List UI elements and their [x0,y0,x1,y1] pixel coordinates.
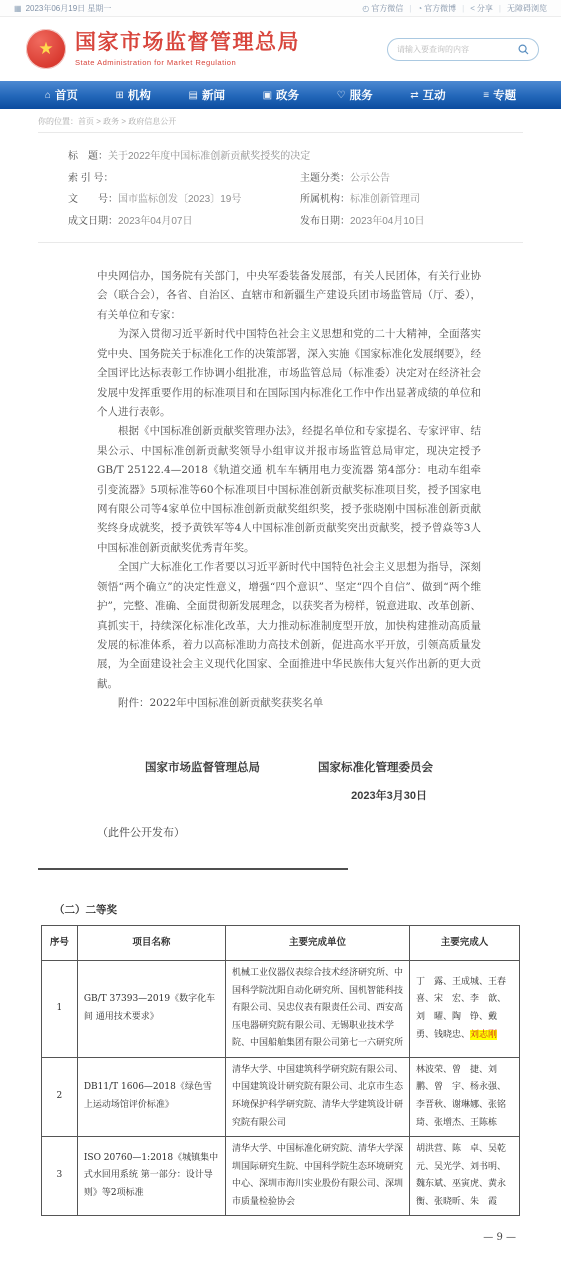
weibo-link[interactable]: ◔ 官方微博 [417,3,456,14]
award-table: 序号 项目名称 主要完成单位 主要完成人 1 GB/T 37393—2019《数… [41,925,520,1217]
org-icon: ⊞ [115,90,123,101]
nav-item-special[interactable]: ≡ 专题 [483,87,516,103]
national-emblem-icon: ★ [26,29,66,69]
wechat-link[interactable]: ◴ 官方微信 [362,3,403,14]
people-names: 林波荣、曾 捷、刘 鹏、曾 宇、杨永强、李晋秋、谢琳娜、张铭琦、张增杰、王陈栋 [416,1065,506,1128]
cell-project: GB/T 37393—2019《数字化车间 通用技术要求》 [77,961,225,1058]
meta-category: 主题分类：公示公告 [300,168,521,190]
search-input[interactable] [397,45,513,54]
meta-agency-label: 所属机构： [300,194,350,205]
cell-project: ISO 20760—1:2018《城镇集中式水回用系统 第一部分：设计导则》等2… [77,1137,225,1216]
col-header-people: 主要完成人 [410,925,520,961]
nav-item-interact[interactable]: ⇄ 互动 [410,87,445,103]
meta-title-label: 标 题： [68,151,108,162]
doc-paragraph: 中央网信办，国务院有关部门，中央军委装备发展部，有关人民团体，有关行业协会（联合… [97,267,481,325]
col-header-no: 序号 [42,925,78,961]
signature-date: 2023年3月30日 [97,786,481,806]
public-release-note: （此件公开发布） [97,823,481,843]
top-utility-bar: ▦ 2023年06月19日 星期一 ◴ 官方微信 | ◔ 官方微博 | < 分享… [0,0,561,17]
section-divider-line [38,868,348,870]
meta-written-value: 2023年04月07日 [118,216,193,227]
meta-title-row: 标 题：关于2022年度中国标准创新贡献奖授奖的决定 [68,146,521,168]
signer-right: 国家标准化管理委员会 [318,758,433,779]
attachment-line: 附件：2022年中国标准创新贡献奖获奖名单 [97,694,481,713]
col-header-units: 主要完成单位 [226,925,410,961]
current-date: 2023年06月19日 星期一 [26,3,112,14]
meta-category-label: 主题分类： [300,173,350,184]
main-nav: ⌂ 首页 ⊞ 机构 ▤ 新闻 ▣ 政务 ♡ 服务 ⇄ 互动 ≡ 专题 [0,81,561,109]
doc-body: 中央网信办，国务院有关部门，中央军委装备发展部，有关人民团体，有关行业协会（联合… [0,243,561,844]
site-header: ★ 国家市场监督管理总局 State Administration for Ma… [0,17,561,81]
cell-no: 3 [42,1137,78,1216]
highlighted-name: 刘志刚 [470,1030,497,1040]
divider: | [462,4,464,13]
page-number: — 9 — [41,1232,520,1243]
nav-item-org[interactable]: ⊞ 机构 [115,87,150,103]
breadcrumb[interactable]: 你的位置：首页 > 政务 > 政府信息公开 [0,109,561,132]
nav-item-label: 新闻 [202,87,225,103]
divider: | [499,4,501,13]
meta-published-value: 2023年04月10日 [350,216,425,227]
table-row: 3 ISO 20760—1:2018《城镇集中式水回用系统 第一部分：设计导则》… [42,1137,520,1216]
search-box[interactable] [387,38,539,61]
doc-paragraph: 为深入贯彻习近平新时代中国特色社会主义思想和党的二十大精神，全面落实党中央、国务… [97,325,481,422]
heart-icon: ♡ [337,90,346,101]
table-row: 1 GB/T 37393—2019《数字化车间 通用技术要求》 机械工业仪器仪表… [42,961,520,1058]
divider: | [409,4,411,13]
award-section-title: （二）二等奖 [54,902,520,917]
doc-paragraph: 根据《中国标准创新贡献奖管理办法》，经提名单位和专家提名、专家评审、结果公示、中… [97,422,481,558]
site-title: 国家市场监督管理总局 [75,31,300,54]
share-icon: < [470,4,475,13]
cell-people: 胡洪营、陈 卓、吴乾元、吴光学、刘书明、魏东斌、巫寅虎、黄永衡、张晓昕、朱 霞 [410,1137,520,1216]
share-link[interactable]: < 分享 [470,3,493,14]
nav-item-news[interactable]: ▤ 新闻 [189,87,225,103]
meta-published-date: 发布日期：2023年04月10日 [300,211,521,233]
home-icon: ⌂ [45,90,51,101]
nav-item-home[interactable]: ⌂ 首页 [45,87,78,103]
nav-item-label: 首页 [55,87,78,103]
nav-item-label: 服务 [350,87,373,103]
cell-people: 丁 露、王成城、王春喜、宋 宏、李 歆、刘 曜、陶 铮、戴 勇、钱晓忠、刘志刚 [410,961,520,1058]
search-icon[interactable] [518,44,529,55]
cell-no: 2 [42,1057,78,1136]
news-icon: ▤ [189,90,198,101]
cell-people: 林波荣、曾 捷、刘 鹏、曾 宇、杨永强、李晋秋、谢琳娜、张铭琦、张增杰、王陈栋 [410,1057,520,1136]
award-table-section: （二）二等奖 序号 项目名称 主要完成单位 主要完成人 1 GB/T 37393… [0,902,561,1244]
cell-units: 机械工业仪器仪表综合技术经济研究所、中国科学院沈阳自动化研究所、国机智能科技有限… [226,961,410,1058]
date-display: ▦ 2023年06月19日 星期一 [14,3,111,14]
meta-agency: 所属机构：标准创新管理司 [300,189,521,211]
table-header-row: 序号 项目名称 主要完成单位 主要完成人 [42,925,520,961]
cell-units: 清华大学、中国标准化研究院、清华大学深圳国际研究生院、中国科学院生态环境研究中心… [226,1137,410,1216]
site-title-en: State Administration for Market Regulati… [75,58,300,67]
nav-item-label: 机构 [128,87,151,103]
share-link-label: 分享 [477,3,493,14]
signature-row: 国家市场监督管理总局 国家标准化管理委员会 [97,758,481,779]
nav-item-gov[interactable]: ▣ 政务 [263,87,299,103]
logo-text: 国家市场监督管理总局 State Administration for Mark… [75,31,300,66]
nav-item-service[interactable]: ♡ 服务 [337,87,373,103]
calendar-icon: ▦ [14,4,22,13]
top-links: ◴ 官方微信 | ◔ 官方微博 | < 分享 | 无障碍浏览 [362,3,547,14]
cell-no: 1 [42,961,78,1058]
weibo-icon: ◔ [417,4,422,13]
meta-grid: 索 引 号： 主题分类：公示公告 文 号：国市监标创发〔2023〕19号 所属机… [68,168,521,233]
meta-docno-value: 国市监标创发〔2023〕19号 [118,194,241,205]
meta-index: 索 引 号： [68,168,300,190]
doc-meta: 标 题：关于2022年度中国标准创新贡献奖授奖的决定 索 引 号： 主题分类：公… [0,133,561,242]
samr-logo[interactable]: ★ 国家市场监督管理总局 State Administration for Ma… [26,29,300,69]
page: ▦ 2023年06月19日 星期一 ◴ 官方微信 | ◔ 官方微博 | < 分享… [0,0,561,1268]
signer-left: 国家市场监督管理总局 [145,758,260,779]
nav-item-label: 专题 [493,87,516,103]
meta-agency-value: 标准创新管理司 [350,194,420,205]
people-names: 胡洪营、陈 卓、吴乾元、吴光学、刘书明、魏东斌、巫寅虎、黄永衡、张晓昕、朱 霞 [416,1144,506,1207]
weibo-link-label: 官方微博 [424,3,456,14]
meta-written-label: 成文日期： [68,216,118,227]
accessibility-link[interactable]: 无障碍浏览 [507,3,547,14]
wechat-icon: ◴ [362,4,369,13]
nav-item-label: 政务 [276,87,299,103]
interact-arrows-icon: ⇄ [410,90,418,101]
meta-index-label: 索 引 号： [68,173,114,184]
gov-affairs-icon: ▣ [263,90,272,101]
meta-published-label: 发布日期： [300,216,350,227]
col-header-project: 项目名称 [77,925,225,961]
doc-title: 关于2022年度中国标准创新贡献奖授奖的决定 [108,151,310,162]
cell-project: DB11/T 1606—2018《绿色雪上运动场馆评价标准》 [77,1057,225,1136]
table-row: 2 DB11/T 1606—2018《绿色雪上运动场馆评价标准》 清华大学、中国… [42,1057,520,1136]
meta-docno: 文 号：国市监标创发〔2023〕19号 [68,189,300,211]
nav-item-label: 互动 [423,87,446,103]
meta-docno-label: 文 号： [68,194,118,205]
cell-units: 清华大学、中国建筑科学研究院有限公司、中国建筑设计研究院有限公司、北京市生态环境… [226,1057,410,1136]
doc-paragraph: 全国广大标准化工作者要以习近平新时代中国特色社会主义思想为指导，深刻领悟“两个确… [97,558,481,694]
meta-written-date: 成文日期：2023年04月07日 [68,211,300,233]
meta-category-value: 公示公告 [350,173,390,184]
accessibility-link-label: 无障碍浏览 [507,3,547,14]
wechat-link-label: 官方微信 [371,3,403,14]
list-icon: ≡ [483,90,489,101]
